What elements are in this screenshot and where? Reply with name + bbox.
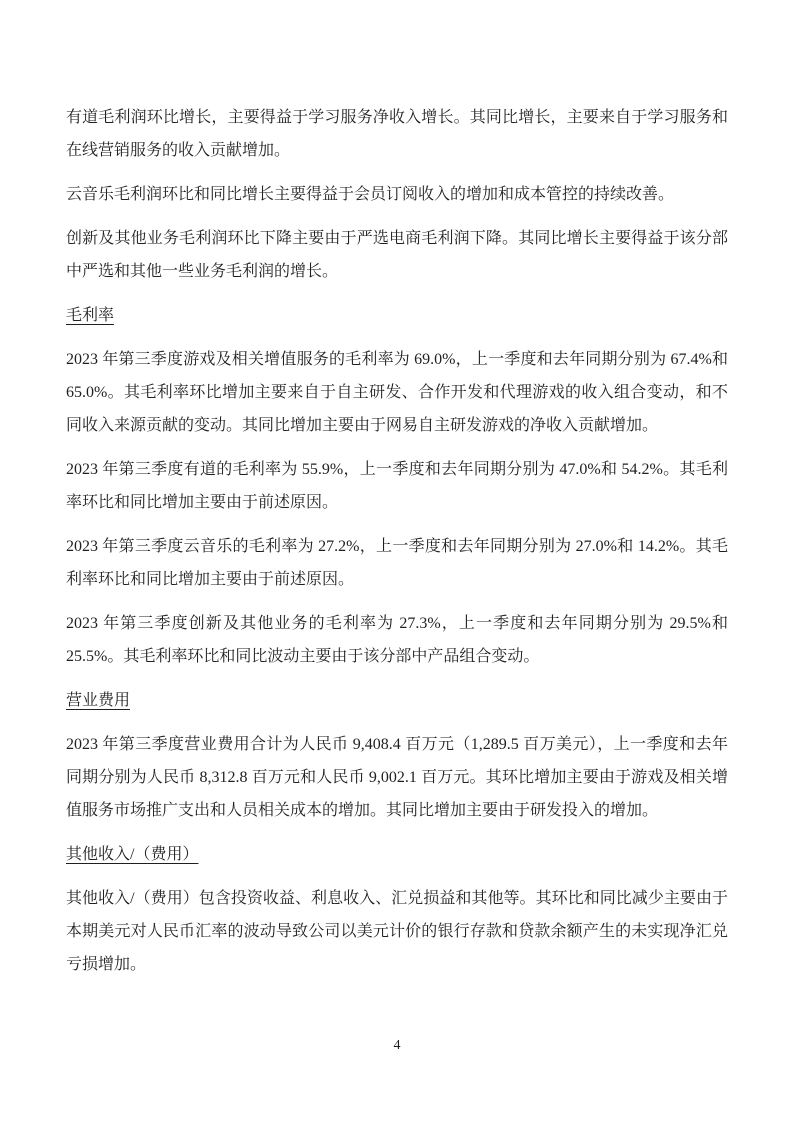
youdao-gross-profit-paragraph: 有道毛利润环比增长，主要得益于学习服务净收入增长。其同比增长，主要来自于学习服务… <box>66 101 728 167</box>
cloud-music-gross-profit-paragraph: 云音乐毛利润环比和同比增长主要得益于会员订阅收入的增加和成本管控的持续改善。 <box>66 178 728 211</box>
innovative-businesses-gross-margin-paragraph: 2023 年第三季度创新及其他业务的毛利率为 27.3%，上一季度和去年同期分别… <box>66 607 728 673</box>
document-page: 有道毛利润环比增长，主要得益于学习服务净收入增长。其同比增长，主要来自于学习服务… <box>0 0 794 1123</box>
gross-margin-heading: 毛利率 <box>66 299 728 332</box>
other-income-expense-heading: 其他收入/（费用） <box>66 838 728 871</box>
operating-expenses-heading: 营业费用 <box>66 684 728 717</box>
operating-expenses-paragraph: 2023 年第三季度营业费用合计为人民币 9,408.4 百万元（1,289.5… <box>66 728 728 827</box>
cloud-music-gross-margin-paragraph: 2023 年第三季度云音乐的毛利率为 27.2%，上一季度和去年同期分别为 27… <box>66 530 728 596</box>
other-income-expense-paragraph: 其他收入/（费用）包含投资收益、利息收入、汇兑损益和其他等。其环比和同比减少主要… <box>66 882 728 981</box>
document-body: 有道毛利润环比增长，主要得益于学习服务净收入增长。其同比增长，主要来自于学习服务… <box>66 101 728 992</box>
page-number: 4 <box>0 1038 794 1054</box>
games-gross-margin-paragraph: 2023 年第三季度游戏及相关增值服务的毛利率为 69.0%，上一季度和去年同期… <box>66 343 728 442</box>
innovative-businesses-gross-profit-paragraph: 创新及其他业务毛利润环比下降主要由于严选电商毛利润下降。其同比增长主要得益于该分… <box>66 222 728 288</box>
youdao-gross-margin-paragraph: 2023 年第三季度有道的毛利率为 55.9%，上一季度和去年同期分别为 47.… <box>66 453 728 519</box>
